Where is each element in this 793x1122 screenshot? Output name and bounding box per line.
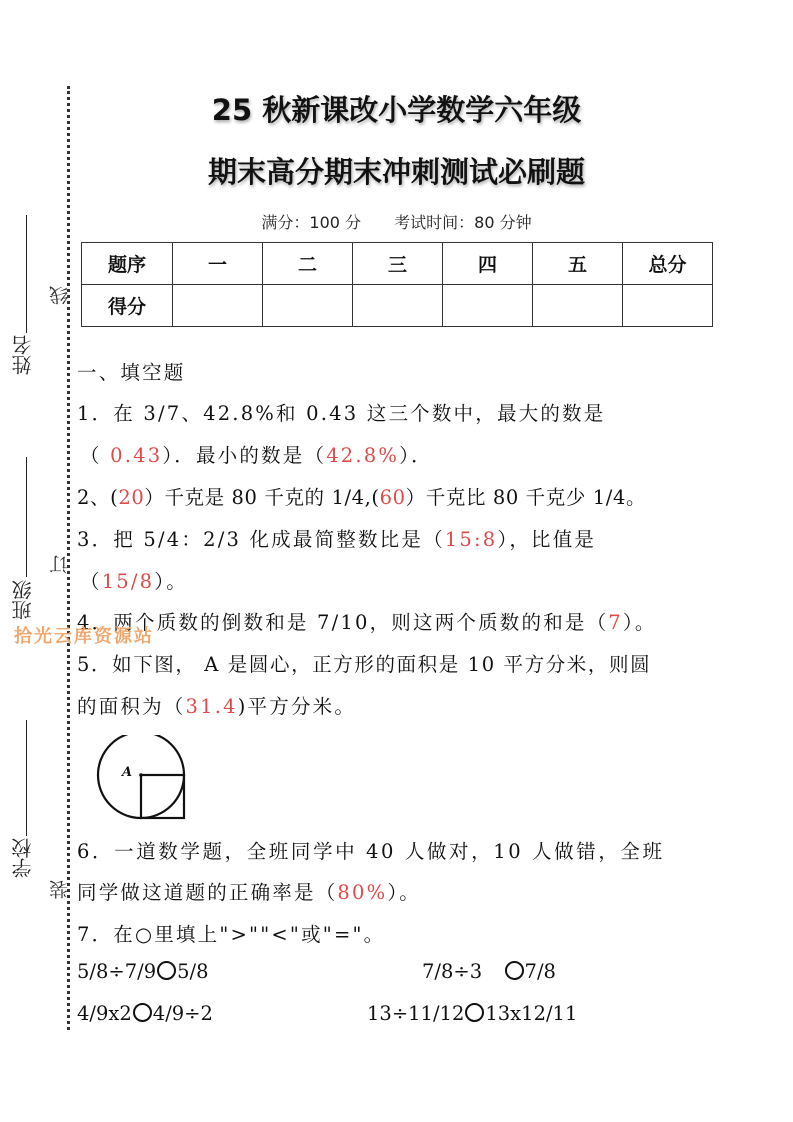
comparison-right: 7/8 [525, 960, 556, 983]
score-table-score-row: 得分 [82, 285, 713, 327]
question-1-line2: （ 0.43）．最小的数是（42.8%）． [80, 440, 433, 468]
compare-circle-blank[interactable] [505, 961, 524, 980]
comparison-2: 7/8÷3 7/8 [422, 960, 556, 983]
watermark: 拾光云库资源站 [14, 622, 154, 648]
question-6-line1: 6．一道数学题，全班同学中 40 人做对，10 人做错，全班 [77, 836, 665, 864]
question-1-line1: 1．在 3/7、42.8%和 0.43 这三个数中，最大的数是 [77, 398, 605, 426]
q2-text: ）千克是 80 千克的 1/4,( [144, 486, 379, 509]
q3-answer-value: 15/8 [102, 570, 155, 593]
question-6-line2: 同学做这道题的正确率是（80%）。 [77, 877, 421, 905]
question-5-line2: 的面积为（31.4)平方分米。 [77, 691, 356, 719]
q3-text: （ [80, 570, 102, 593]
comparison-left: 7/8÷3 [422, 960, 495, 983]
q2-text: ）千克比 80 千克少 1/4。 [406, 486, 646, 509]
comparison-4: 13÷11/1213x12/11 [367, 1002, 577, 1025]
comparison-3: 4/9x24/9÷2 [77, 1002, 213, 1025]
score-cell-5[interactable] [533, 285, 623, 327]
q5-text: )平方分米。 [238, 695, 356, 718]
figure-label-a: A [122, 765, 132, 780]
comparison-right: 4/9÷2 [153, 1002, 213, 1025]
q3-answer-ratio: 15:8 [445, 528, 498, 551]
question-5-line1: 5．如下图， A 是圆心，正方形的面积是 10 平方分米，则圆 [77, 649, 651, 677]
class-field-label: 班级 [8, 580, 37, 620]
q5-answer: 31.4 [186, 695, 238, 718]
q6-text: ）。 [387, 881, 421, 904]
score-cell-1[interactable] [173, 285, 263, 327]
comparison-left: 5/8÷7/9 [77, 960, 156, 983]
binding-char-mount: 装 [46, 880, 73, 899]
header-cell-2: 二 [263, 243, 353, 285]
compare-circle-blank[interactable] [157, 961, 176, 980]
q4-text: 4．两个质数的倒数和是 7/10，则这两个质数的和是（ [77, 611, 608, 634]
q6-text: 同学做这道题的正确率是（ [77, 881, 337, 904]
score-table-header-row: 题序 一 二 三 四 五 总分 [82, 243, 713, 285]
exam-title-line2: 期末高分期末冲刺测试必刷题 [0, 150, 793, 191]
q1-text: ）． [399, 444, 433, 467]
name-field-line[interactable] [26, 215, 27, 333]
q2-text: 2、( [77, 486, 118, 509]
score-cell-4[interactable] [443, 285, 533, 327]
q1-text: （ [80, 444, 110, 467]
school-field-label: 学校 [8, 838, 37, 878]
q1-text: ）．最小的数是（ [162, 444, 326, 467]
circle-square-figure: A [95, 735, 195, 820]
score-table: 题序 一 二 三 四 五 总分 得分 [81, 242, 713, 327]
class-field-line[interactable] [26, 457, 27, 577]
compare-circle-blank[interactable] [465, 1003, 484, 1022]
exam-title-line1: 25 秋新课改小学数学六年级 [0, 88, 793, 129]
q4-text: ）。 [623, 611, 657, 634]
binding-char-bind: 订 [46, 555, 73, 574]
header-cell-5: 五 [533, 243, 623, 285]
q3-text: ），比值是 [497, 528, 596, 551]
exam-info: 满分：100 分 考试时间：80 分钟 [0, 210, 793, 233]
section-title: 一、填空题 [77, 357, 186, 385]
question-4: 4．两个质数的倒数和是 7/10，则这两个质数的和是（7）。 [77, 607, 657, 635]
comparison-1: 5/8÷7/95/8 [77, 960, 209, 983]
score-cell-2[interactable] [263, 285, 353, 327]
school-field-line[interactable] [26, 720, 27, 836]
q5-text: 的面积为（ [77, 695, 186, 718]
header-cell-3: 三 [353, 243, 443, 285]
header-cell-4: 四 [443, 243, 533, 285]
comparison-left: 13÷11/12 [367, 1002, 464, 1025]
question-7-prompt: 7．在○里填上">""<"或"="。 [77, 919, 385, 947]
header-cell-total: 总分 [623, 243, 713, 285]
header-cell-1: 一 [173, 243, 263, 285]
q3-text: ）。 [154, 570, 188, 593]
full-score: 满分：100 分 [261, 213, 361, 232]
q3-text: 3．把 5/4：2/3 化成最简整数比是（ [77, 528, 445, 551]
question-3-line2: （15/8）。 [80, 566, 188, 594]
score-cell-3[interactable] [353, 285, 443, 327]
question-3-line1: 3．把 5/4：2/3 化成最简整数比是（15:8），比值是 [77, 524, 596, 552]
q6-answer: 80% [337, 881, 387, 904]
score-row-label: 得分 [82, 285, 173, 327]
comparison-right: 5/8 [177, 960, 208, 983]
score-cell-total[interactable] [623, 285, 713, 327]
name-field-label: 姓名 [8, 335, 37, 375]
compare-circle-blank[interactable] [133, 1003, 152, 1022]
q1-answer-max: 0.43 [110, 444, 162, 467]
question-2: 2、(20）千克是 80 千克的 1/4,(60）千克比 80 千克少 1/4。 [77, 482, 646, 510]
q4-answer: 7 [608, 611, 623, 634]
q1-answer-min: 42.8% [326, 444, 399, 467]
comparison-left: 4/9x2 [77, 1002, 132, 1025]
header-cell-question-no: 题序 [82, 243, 173, 285]
binding-char-line: 线 [46, 286, 73, 305]
q2-answer-1: 20 [118, 486, 144, 509]
q2-answer-2: 60 [380, 486, 406, 509]
comparison-right: 13x12/11 [485, 1002, 577, 1025]
exam-time: 考试时间：80 分钟 [394, 213, 531, 232]
